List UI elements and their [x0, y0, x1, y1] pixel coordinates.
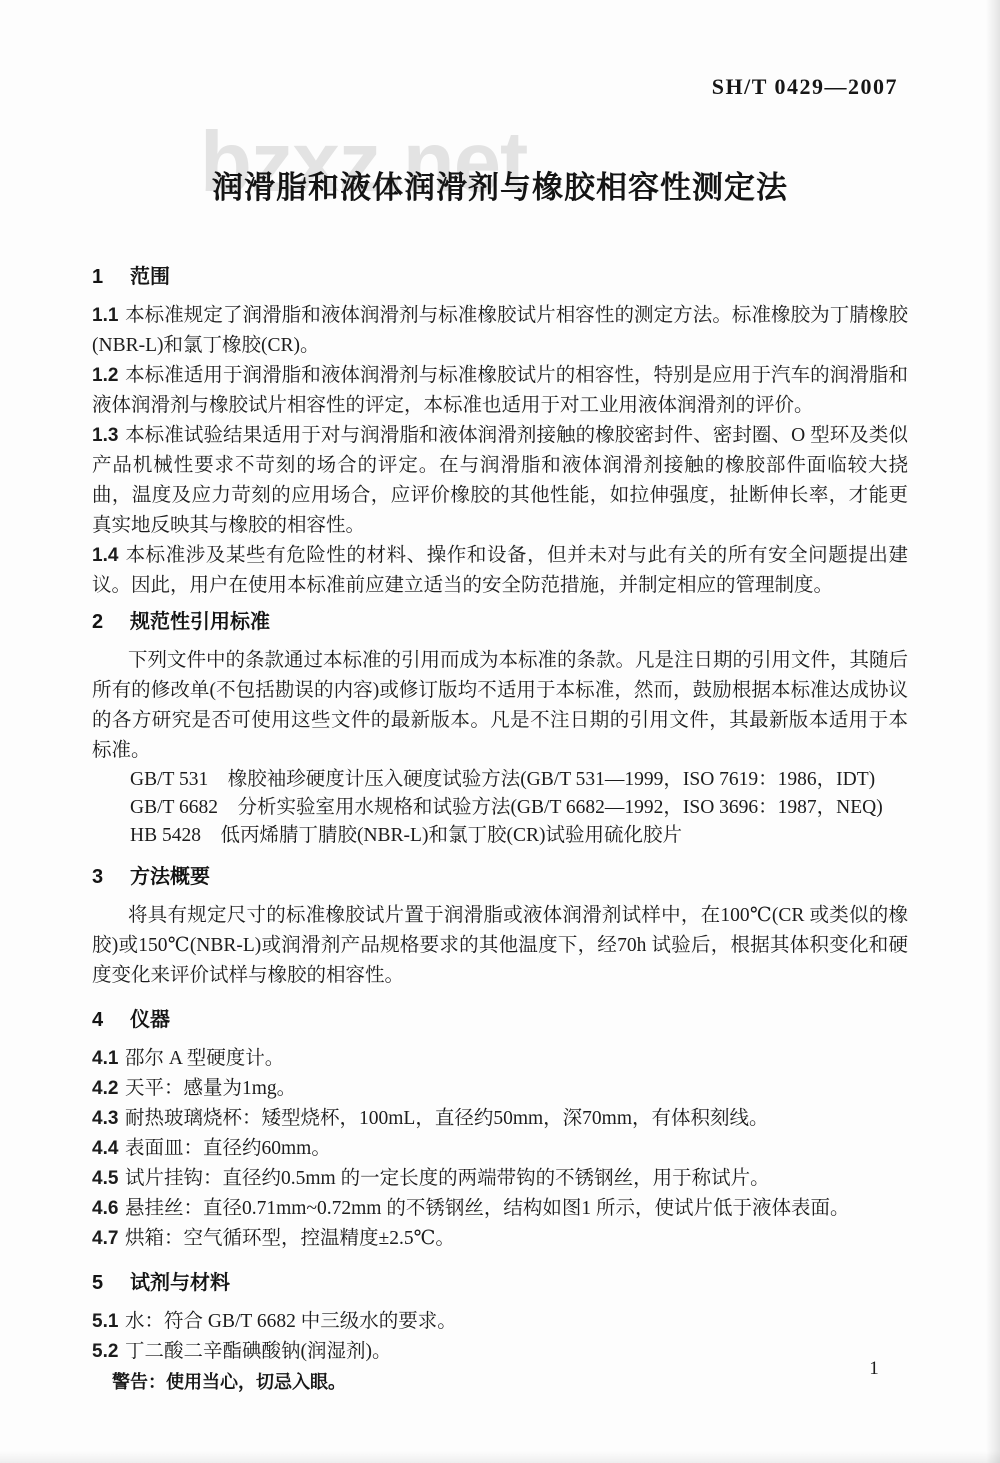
reference-item: GB/T 531 橡胶袖珍硬度计压入硬度试验方法(GB/T 531—1999，I…	[130, 766, 908, 794]
section-number: 5	[92, 1268, 130, 1298]
section-title: 试剂与材料	[130, 1272, 230, 1294]
section-heading: 3方法概要	[92, 862, 908, 892]
section-number: 4	[92, 1005, 130, 1035]
clause-text: 水：符合 GB/T 6682 中三级水的要求。	[125, 1311, 457, 1332]
clause-text: 天平：感量为1mg。	[125, 1078, 296, 1099]
clause-number: 4.7	[92, 1224, 125, 1254]
reference-item: GB/T 6682 分析实验室用水规格和试验方法(GB/T 6682—1992，…	[130, 794, 908, 822]
clause: 1.4本标准涉及某些有危险性的材料、操作和设备，但并未对与此有关的所有安全问题提…	[92, 541, 908, 601]
section-1: 1范围1.1本标准规定了润滑脂和液体润滑剂与标准橡胶试片相容性的测定方法。标准橡…	[92, 262, 908, 601]
section-3: 3方法概要将具有规定尺寸的标准橡胶试片置于润滑脂或液体润滑剂试样中，在100℃(…	[92, 862, 908, 991]
clause-number: 1.2	[92, 361, 125, 391]
section-heading: 5试剂与材料	[92, 1268, 908, 1298]
section-heading: 1范围	[92, 262, 908, 292]
clause: 4.6悬挂丝：直径0.71mm~0.72mm 的不锈钢丝，结构如图1 所示，使试…	[92, 1194, 908, 1224]
section-title: 仪器	[130, 1009, 170, 1031]
clause: 4.2天平：感量为1mg。	[92, 1074, 908, 1104]
clause: 1.1本标准规定了润滑脂和液体润滑剂与标准橡胶试片相容性的测定方法。标准橡胶为丁…	[92, 301, 908, 361]
scan-edge-shadow-bottom	[0, 1451, 1000, 1463]
clause-number: 4.4	[92, 1134, 125, 1164]
page-number: 1	[862, 1358, 886, 1380]
clause-text: 试片挂钩：直径约0.5mm 的一定长度的两端带钩的不锈钢丝，用于称试片。	[125, 1168, 770, 1189]
section-2: 2规范性引用标准下列文件中的条款通过本标准的引用而成为本标准的条款。凡是注日期的…	[92, 607, 908, 850]
clause-text: 本标准适用于润滑脂和液体润滑剂与标准橡胶试片的相容性，特别是应用于汽车的润滑脂和…	[92, 365, 908, 416]
clause-number: 4.3	[92, 1104, 125, 1134]
paragraph: 下列文件中的条款通过本标准的引用而成为本标准的条款。凡是注日期的引用文件，其随后…	[92, 646, 908, 766]
clause: 4.3耐热玻璃烧杯：矮型烧杯，100mL，直径约50mm，深70mm，有体积刻线…	[92, 1104, 908, 1134]
clause-text: 表面皿：直径约60mm。	[125, 1138, 331, 1159]
standard-number: SH/T 0429—2007	[712, 74, 898, 100]
section-4: 4仪器4.1邵尔 A 型硬度计。4.2天平：感量为1mg。4.3耐热玻璃烧杯：矮…	[92, 1005, 908, 1254]
warning-text: 使用当心，切忌入眼。	[166, 1372, 346, 1392]
section-title: 范围	[130, 266, 170, 288]
section-heading: 4仪器	[92, 1005, 908, 1035]
clause-text: 丁二酸二辛酯碘酸钠(润湿剂)。	[125, 1341, 392, 1362]
section-title: 方法概要	[130, 866, 210, 888]
clause: 1.2本标准适用于润滑脂和液体润滑剂与标准橡胶试片的相容性，特别是应用于汽车的润…	[92, 361, 908, 421]
clause-number: 4.1	[92, 1044, 125, 1074]
section-heading: 2规范性引用标准	[92, 607, 908, 637]
clause-number: 4.5	[92, 1164, 125, 1194]
clause: 1.3本标准试验结果适用于对与润滑脂和液体润滑剂接触的橡胶密封件、密封圈、O 型…	[92, 421, 908, 541]
clause-number: 1.1	[92, 301, 125, 331]
clause-number: 4.2	[92, 1074, 125, 1104]
warning-label: 警告：	[112, 1372, 166, 1392]
clause: 5.2丁二酸二辛酯碘酸钠(润湿剂)。	[92, 1337, 908, 1367]
clause-number: 5.1	[92, 1307, 125, 1337]
clause-text: 本标准试验结果适用于对与润滑脂和液体润滑剂接触的橡胶密封件、密封圈、O 型环及类…	[92, 425, 908, 536]
clause-number: 5.2	[92, 1337, 125, 1367]
reference-item: HB 5428 低丙烯腈丁腈胶(NBR-L)和氯丁胶(CR)试验用硫化胶片	[130, 822, 908, 850]
warning-note: 警告：使用当心，切忌入眼。	[112, 1367, 908, 1397]
clause: 5.1水：符合 GB/T 6682 中三级水的要求。	[92, 1307, 908, 1337]
clause-number: 1.3	[92, 421, 125, 451]
clause: 4.5试片挂钩：直径约0.5mm 的一定长度的两端带钩的不锈钢丝，用于称试片。	[92, 1164, 908, 1194]
clause-number: 1.4	[92, 541, 125, 571]
section-number: 1	[92, 262, 130, 292]
clause-text: 本标准涉及某些有危险性的材料、操作和设备，但并未对与此有关的所有安全问题提出建议…	[92, 545, 908, 596]
clause-text: 悬挂丝：直径0.71mm~0.72mm 的不锈钢丝，结构如图1 所示，使试片低于…	[125, 1198, 849, 1219]
clause-text: 本标准规定了润滑脂和液体润滑剂与标准橡胶试片相容性的测定方法。标准橡胶为丁腈橡胶…	[92, 305, 908, 356]
section-title: 规范性引用标准	[130, 611, 270, 633]
document-body: 1范围1.1本标准规定了润滑脂和液体润滑剂与标准橡胶试片相容性的测定方法。标准橡…	[0, 0, 1000, 1397]
section-number: 2	[92, 607, 130, 637]
section-number: 3	[92, 862, 130, 892]
section-5: 5试剂与材料5.1水：符合 GB/T 6682 中三级水的要求。5.2丁二酸二辛…	[92, 1268, 908, 1397]
clause: 4.1邵尔 A 型硬度计。	[92, 1044, 908, 1074]
scan-edge-shadow-right	[986, 0, 1000, 1463]
paragraph: 将具有规定尺寸的标准橡胶试片置于润滑脂或液体润滑剂试样中，在100℃(CR 或类…	[92, 901, 908, 991]
clause: 4.7烘箱：空气循环型，控温精度±2.5℃。	[92, 1224, 908, 1254]
clause-text: 烘箱：空气循环型，控温精度±2.5℃。	[125, 1228, 455, 1249]
document-page: bzxz.net SH/T 0429—2007 润滑脂和液体润滑剂与橡胶相容性测…	[0, 0, 1000, 1463]
clause: 4.4表面皿：直径约60mm。	[92, 1134, 908, 1164]
clause-number: 4.6	[92, 1194, 125, 1224]
clause-text: 邵尔 A 型硬度计。	[125, 1048, 284, 1069]
clause-text: 耐热玻璃烧杯：矮型烧杯，100mL，直径约50mm，深70mm，有体积刻线。	[125, 1108, 769, 1129]
document-title: 润滑脂和液体润滑剂与橡胶相容性测定法	[0, 162, 1000, 207]
